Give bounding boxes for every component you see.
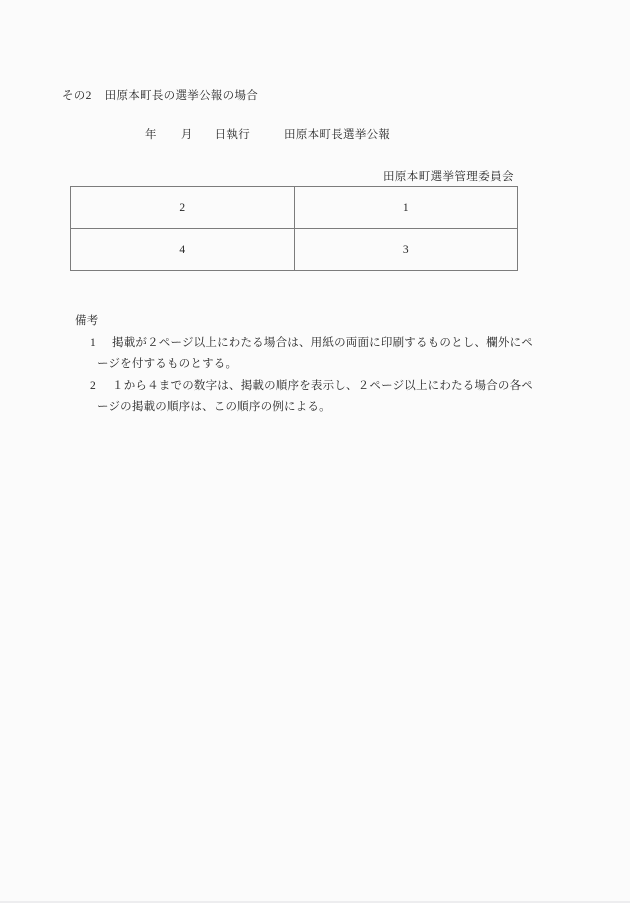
order-cell: 4: [71, 229, 295, 271]
note-text: 掲載が２ページ以上にわたる場合は、用紙の両面に印刷するものとし、欄外にペ: [112, 337, 533, 349]
order-cell: 3: [294, 229, 518, 271]
bulletin-title: 田原本町長選挙公報: [284, 129, 390, 141]
note-continuation: ージの掲載の順序は、この順序の例による。: [97, 397, 533, 419]
execution-day-label: 日執行: [215, 129, 250, 141]
case-subtitle-line: その2田原本町長の選挙公報の場合: [62, 87, 258, 103]
order-cell: 1: [294, 187, 518, 229]
note-number: 2: [90, 376, 112, 398]
note-continuation: ージを付するものとする。: [97, 354, 533, 376]
case-label: その2: [62, 90, 92, 102]
remarks-section: 備考 1掲載が２ページ以上にわたる場合は、用紙の両面に印刷するものとし、欄外にペ…: [75, 311, 533, 419]
committee-name: 田原本町選挙管理委員会: [383, 168, 514, 184]
note-line: 2１から４までの数字は、掲載の順序を表示し、２ページ以上にわたる場合の各ペ: [75, 376, 533, 398]
note-number: 1: [90, 333, 112, 355]
case-title: 田原本町長の選挙公報の場合: [105, 90, 258, 102]
order-cell: 2: [71, 187, 295, 229]
note-line: 1掲載が２ページ以上にわたる場合は、用紙の両面に印刷するものとし、欄外にペ: [75, 333, 533, 355]
election-header-line: 年月日執行田原本町長選挙公報: [145, 126, 390, 142]
table-row: 2 1: [71, 187, 518, 229]
note-text: １から４までの数字は、掲載の順序を表示し、２ページ以上にわたる場合の各ペ: [112, 380, 533, 392]
table-row: 4 3: [71, 229, 518, 271]
month-label: 月: [181, 129, 193, 141]
year-label: 年: [145, 129, 157, 141]
remarks-heading: 備考: [75, 311, 533, 333]
page-order-table: 2 1 4 3: [70, 186, 518, 271]
